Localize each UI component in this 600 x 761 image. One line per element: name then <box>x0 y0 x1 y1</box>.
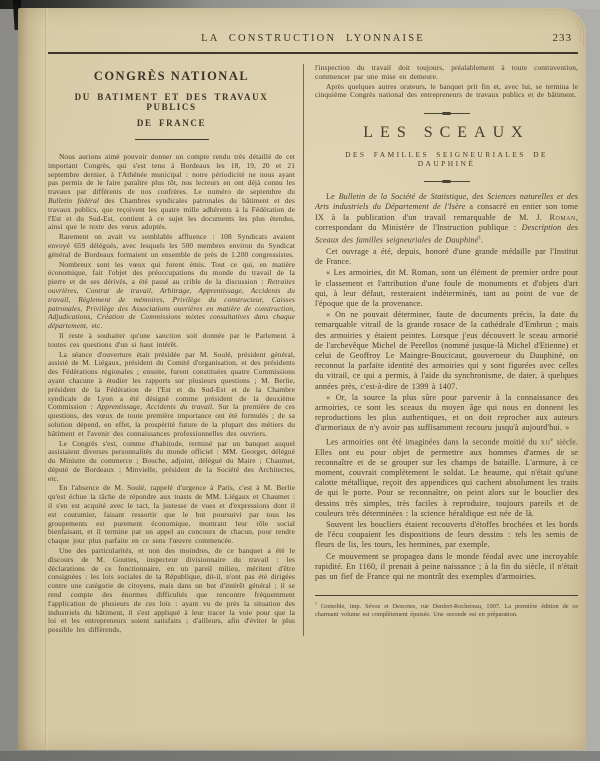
right-column: l'inspection du travail doit toujours, p… <box>304 64 578 636</box>
section-paragraph: « Les armoiries, dit M. Roman, sont un é… <box>315 268 578 309</box>
section-subtitle: DES FAMILLES SEIGNEURIALES DE DAUPHINÉ <box>315 150 578 168</box>
footnote-rule <box>315 595 578 596</box>
page-content: LA CONSTRUCTION LYONNAISE 233 CONGRÈS NA… <box>18 8 586 750</box>
journal-page: LA CONSTRUCTION LYONNAISE 233 CONGRÈS NA… <box>18 8 586 750</box>
scan-bottom-edge <box>0 751 600 761</box>
article-paragraph: En l'absence de M. Soulé, rappelé d'urge… <box>48 484 295 546</box>
article-paragraph: Rarement on avait vu semblable affluence… <box>48 233 295 259</box>
article-title-line2: DU BATIMENT ET DES TRAVAUX PUBLICS <box>48 92 295 112</box>
section-paragraph: Les armoiries ont été imaginées dans la … <box>315 435 578 519</box>
article-paragraph: Il reste à souhaiter qu'une sanction soi… <box>48 332 295 350</box>
section-paragraph: Le Bulletin de la Société de Statistique… <box>315 192 578 246</box>
section-paragraph: Ce mouvement se propagea dans le monde f… <box>315 552 578 583</box>
scan-background: LA CONSTRUCTION LYONNAISE 233 CONGRÈS NA… <box>0 0 600 761</box>
section-title: LES SCEAUX <box>315 124 578 142</box>
left-column: CONGRÈS NATIONAL DU BATIMENT ET DES TRAV… <box>48 64 295 636</box>
article-title-rule <box>135 139 209 140</box>
article-continuation-paragraph: Après quelques autres orateurs, le banqu… <box>315 83 578 101</box>
article-paragraph: La séance d'ouverture était présidée par… <box>48 351 295 439</box>
article-title-line3: DE FRANCE <box>48 118 295 128</box>
article-end-ornament <box>424 111 470 116</box>
journal-title: LA CONSTRUCTION LYONNAISE <box>48 33 578 44</box>
article-title-line1: CONGRÈS NATIONAL <box>48 69 295 84</box>
section-paragraph: « Or, la source la plus sûre pour parven… <box>315 393 578 434</box>
article-paragraph: Le Congrès s'est, comme d'habitude, term… <box>48 440 295 484</box>
article-paragraph: Nous aurions aimé pouvoir donner un comp… <box>48 153 295 232</box>
section-paragraph: « On ne pouvait déterminer, faute de doc… <box>315 310 578 392</box>
journal-masthead: LA CONSTRUCTION LYONNAISE 233 <box>48 33 578 44</box>
text-columns: CONGRÈS NATIONAL DU BATIMENT ET DES TRAV… <box>48 64 578 636</box>
section-title-ornament <box>424 179 470 184</box>
article-continuation-paragraph: l'inspection du travail doit toujours, p… <box>315 64 578 82</box>
masthead-rule <box>48 52 578 54</box>
section-paragraph: Souvent les boucliers étaient recouverts… <box>315 520 578 551</box>
page-number: 233 <box>553 32 573 44</box>
article-paragraph: Nombreux sont les vœux qui furent émis. … <box>48 261 295 331</box>
article-paragraph: Une des particularités, et non des moind… <box>48 547 295 635</box>
footnote-text: 1 Grenoble, imp. Sévoz et Descotes, rue … <box>315 601 578 619</box>
section-paragraph: Cet ouvrage a été, depuis, honoré d'une … <box>315 247 578 267</box>
